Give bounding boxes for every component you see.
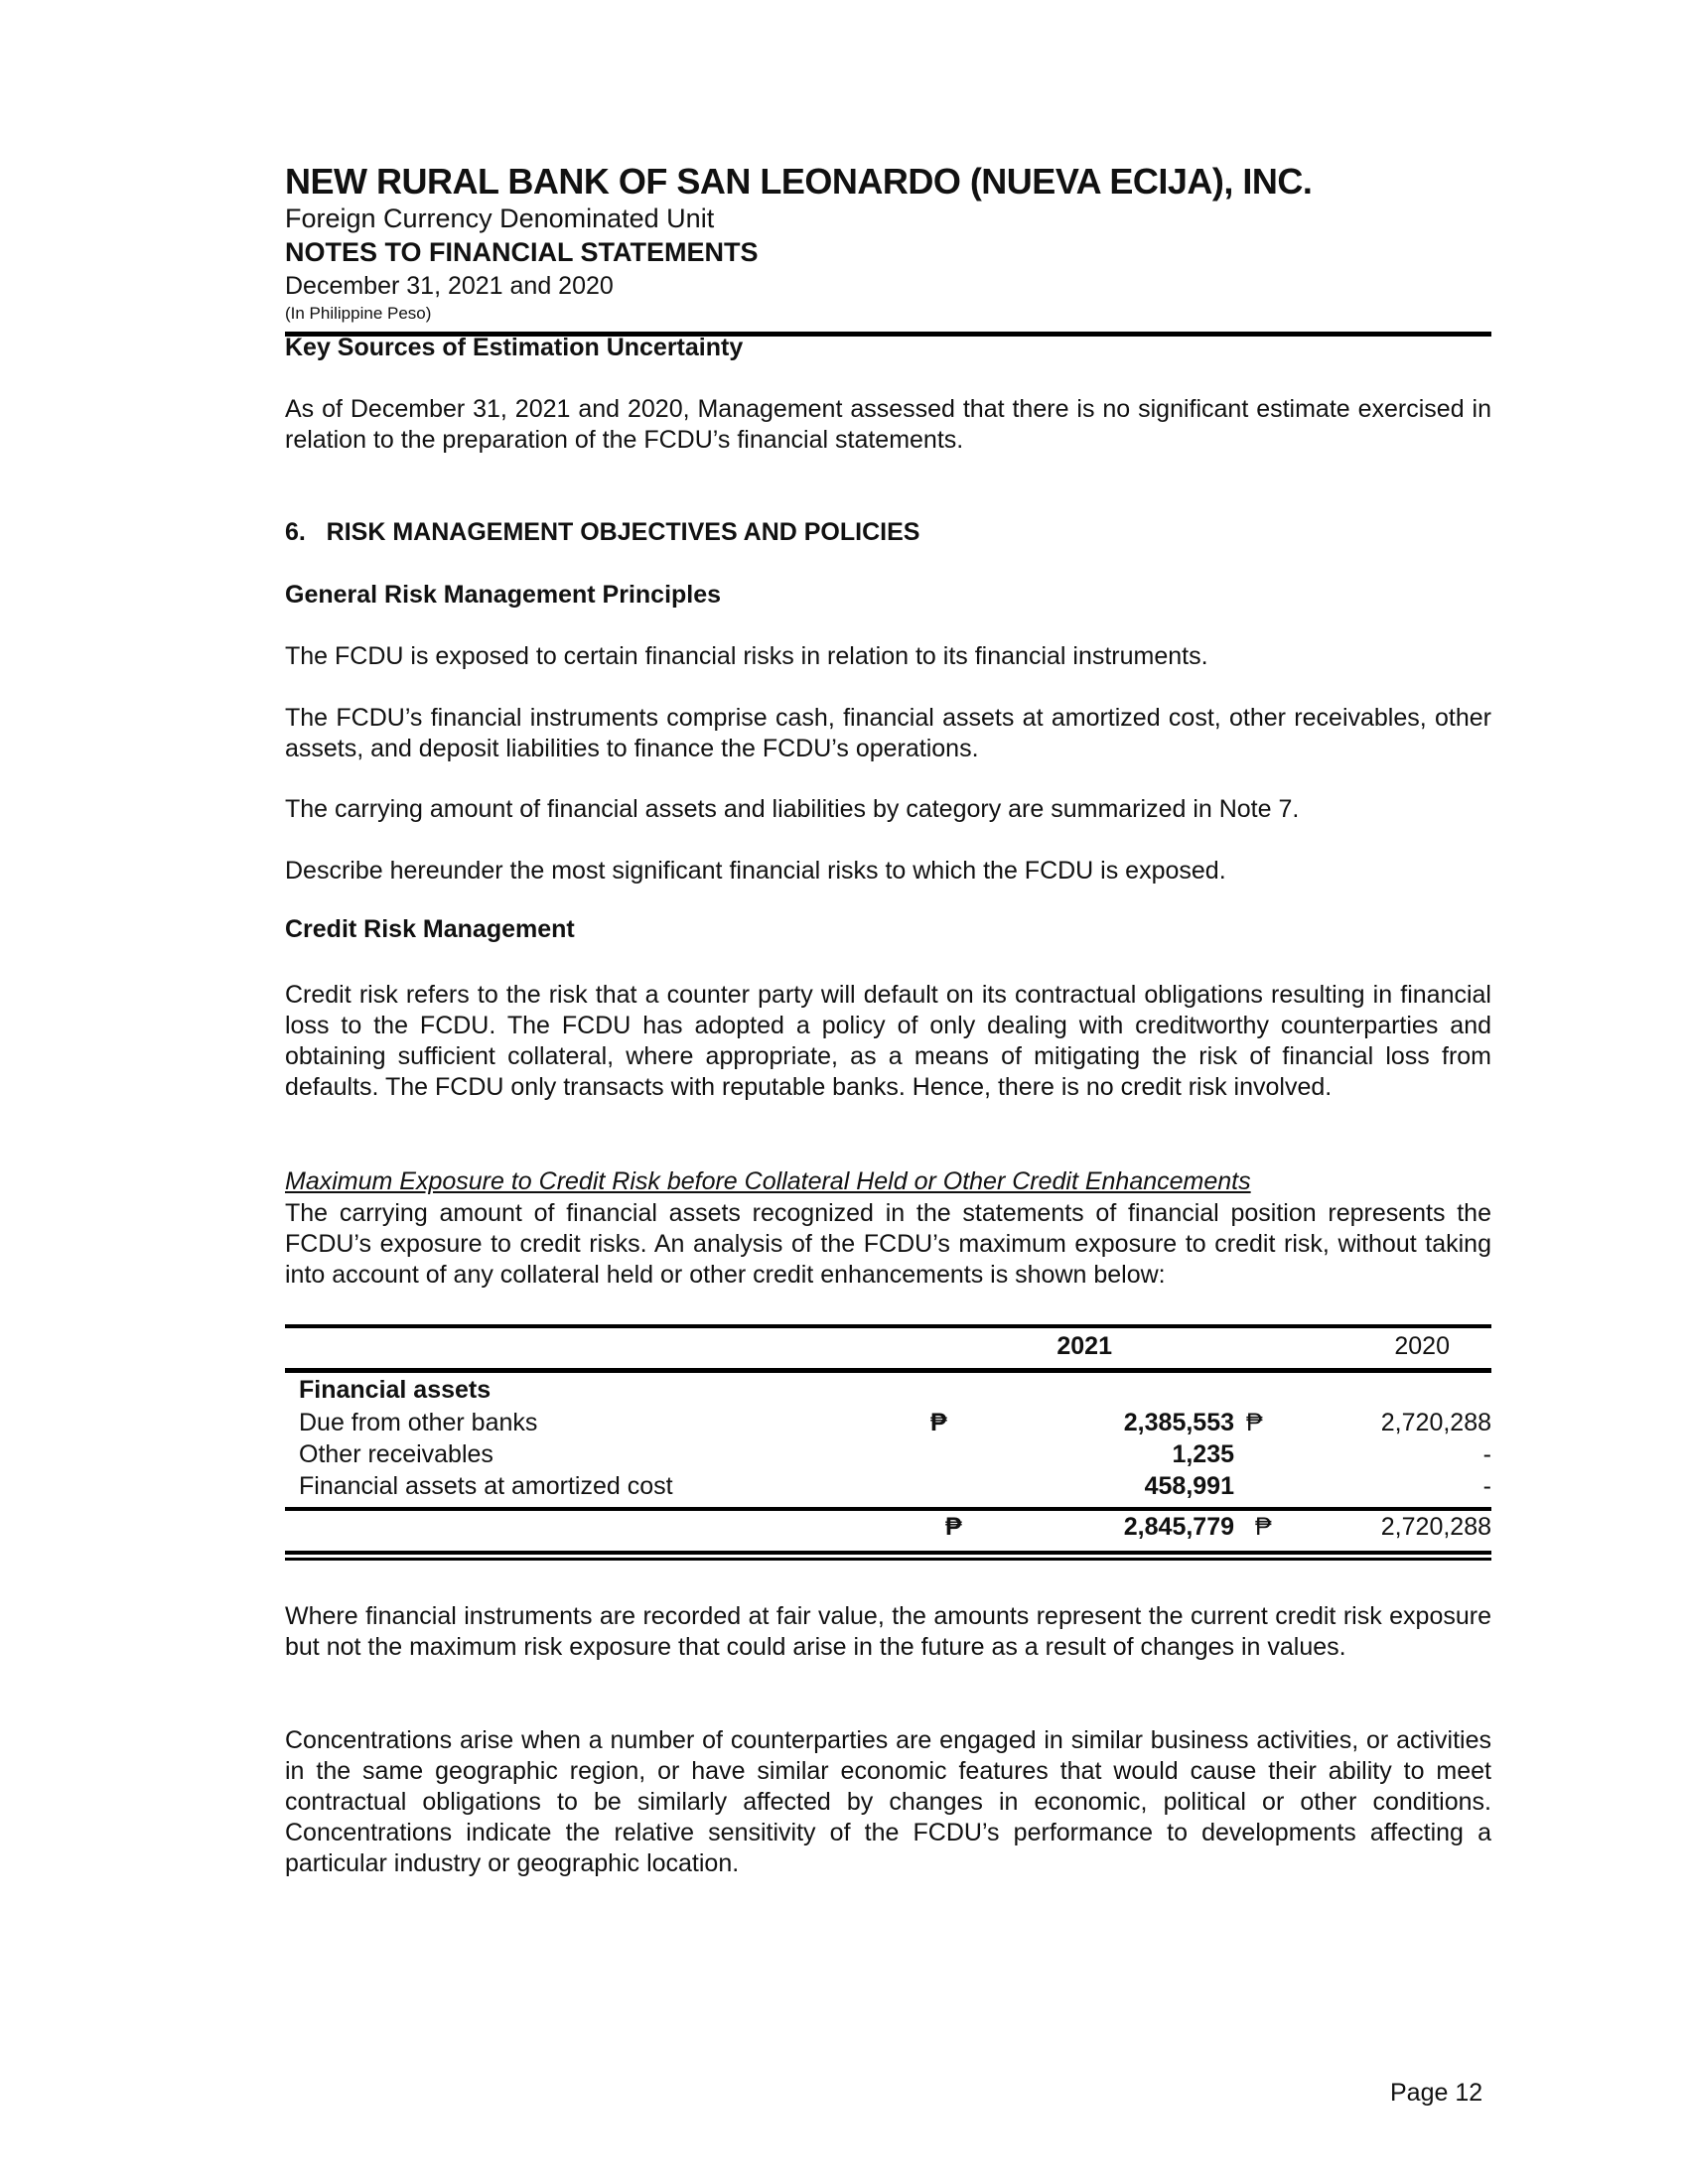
key-sources-paragraph: As of December 31, 2021 and 2020, Manage…	[285, 394, 1491, 456]
value-2021: 2,385,553	[1010, 1409, 1234, 1437]
general-paragraph-1: The FCDU is exposed to certain financial…	[285, 641, 1208, 672]
currency-symbol: ₱	[1246, 1409, 1263, 1437]
concentrations-paragraph: Concentrations arise when a number of co…	[285, 1725, 1491, 1879]
key-sources-heading: Key Sources of Estimation Uncertainty	[285, 334, 743, 362]
page-number: Page 12	[1390, 2079, 1482, 2108]
currency-note: (In Philippine Peso)	[285, 304, 431, 324]
table-header-rule	[285, 1368, 1491, 1373]
row-label: Other receivables	[299, 1440, 493, 1469]
table-double-rule-bottom	[285, 1558, 1491, 1561]
table-double-rule-top	[285, 1551, 1491, 1555]
total-2020: 2,720,288	[1298, 1513, 1491, 1542]
general-paragraph-2: The FCDU’s financial instruments compris…	[285, 703, 1491, 764]
currency-symbol: ₱	[945, 1513, 962, 1542]
value-2020: -	[1298, 1472, 1491, 1501]
table-top-rule	[285, 1324, 1491, 1328]
general-principles-heading: General Risk Management Principles	[285, 581, 721, 610]
value-2021: 458,991	[1010, 1472, 1234, 1501]
currency-symbol: ₱	[930, 1409, 947, 1437]
group-label: Financial assets	[299, 1376, 491, 1405]
row-label: Financial assets at amortized cost	[299, 1472, 673, 1501]
section-6-heading: 6. RISK MANAGEMENT OBJECTIVES AND POLICI…	[285, 518, 919, 547]
company-name: NEW RURAL BANK OF SAN LEONARDO (NUEVA EC…	[285, 161, 1312, 203]
general-paragraph-3: The carrying amount of financial assets …	[285, 794, 1299, 825]
value-2020: 2,720,288	[1298, 1409, 1491, 1437]
value-2021: 1,235	[1010, 1440, 1234, 1469]
max-exposure-intro: The carrying amount of financial assets …	[285, 1198, 1491, 1291]
column-header-2020-label: 2020	[1375, 1332, 1450, 1361]
fair-value-paragraph: Where financial instruments are recorded…	[285, 1601, 1491, 1663]
row-label: Due from other banks	[299, 1409, 537, 1437]
credit-risk-paragraph: Credit risk refers to the risk that a co…	[285, 980, 1491, 1103]
document-title: NOTES TO FINANCIAL STATEMENTS	[285, 237, 759, 268]
total-2021: 2,845,779	[1010, 1513, 1234, 1542]
value-2020: -	[1298, 1440, 1491, 1469]
currency-symbol: ₱	[1255, 1513, 1272, 1542]
table-subtotal-rule	[285, 1507, 1491, 1511]
max-exposure-subheading: Maximum Exposure to Credit Risk before C…	[285, 1167, 1251, 1196]
period: December 31, 2021 and 2020	[285, 272, 614, 301]
credit-risk-heading: Credit Risk Management	[285, 915, 575, 944]
column-header-2020: 2020	[1278, 1332, 1491, 1361]
unit-name: Foreign Currency Denominated Unit	[285, 204, 714, 234]
general-paragraph-4: Describe hereunder the most significant …	[285, 856, 1226, 887]
column-header-2021: 2021	[1030, 1332, 1112, 1361]
